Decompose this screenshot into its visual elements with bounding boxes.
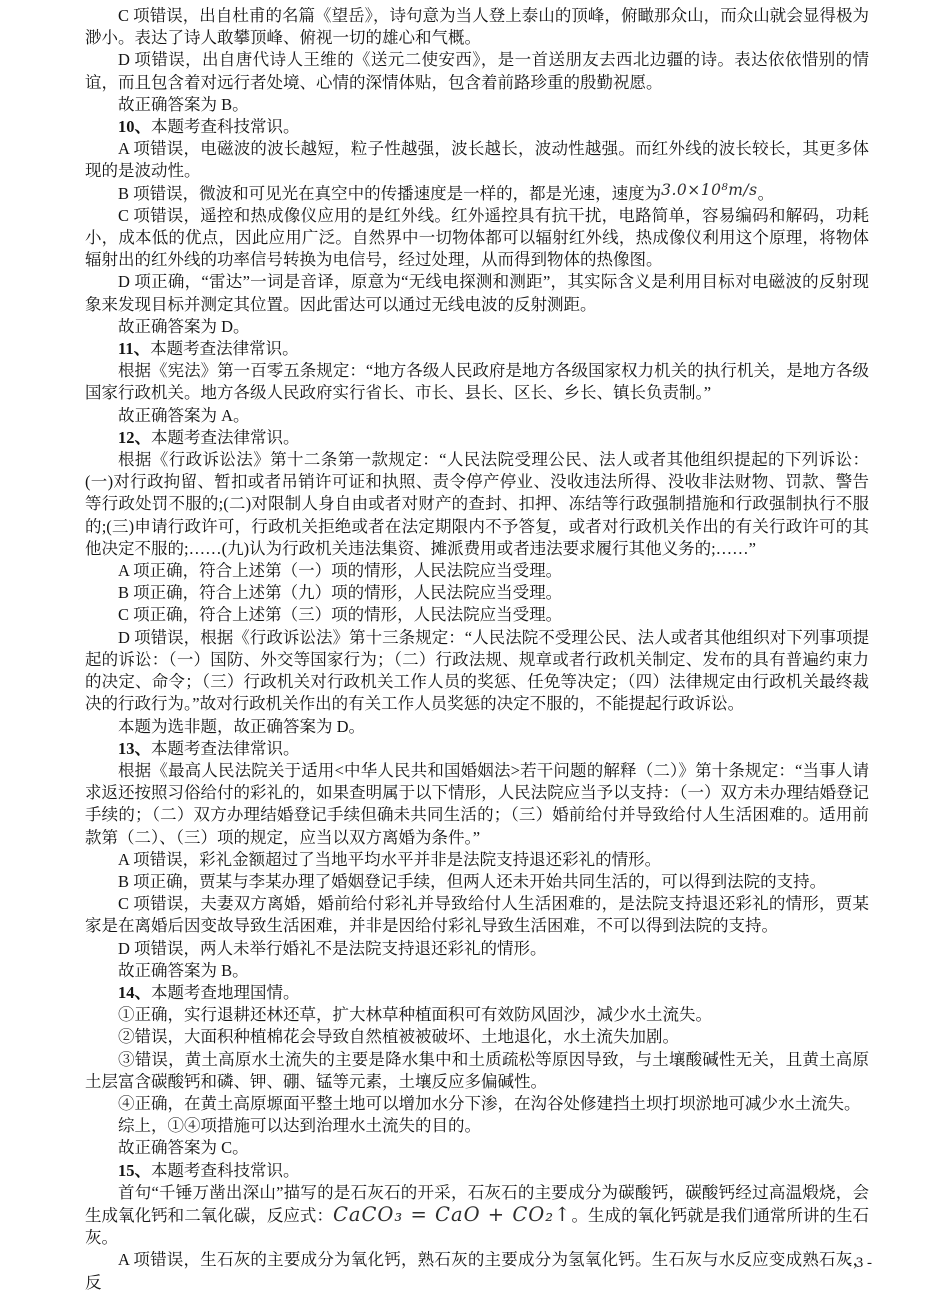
paragraph: C 项错误，出自杜甫的名篇《望岳》，诗句意为当人登上泰山的顶峰，俯瞰那众山，而众… xyxy=(85,5,869,49)
text-run: B 项错误，微波和可见光在真空中的传播速度是一样的，都是光速，速度为 xyxy=(118,184,661,203)
text-run: C 项正确，符合上述第（三）项的情形，人民法院应当受理。 xyxy=(118,605,562,624)
paragraph: A 项错误，彩礼金额超过了当地平均水平并非是法院支持退还彩礼的情形。 xyxy=(85,849,869,871)
text-run: ①正确，实行退耕还林还草，扩大林草种植面积可有效防风固沙，减少水土流失。 xyxy=(118,1005,712,1024)
text-run: B 项正确，符合上述第（九）项的情形，人民法院应当受理。 xyxy=(118,583,562,602)
question-number: 11、 xyxy=(118,339,150,358)
text-run: 本题考查法律常识。 xyxy=(150,339,299,358)
paragraph: 故正确答案为 B。 xyxy=(85,960,869,982)
paragraph: ④正确，在黄土高原塬面平整土地可以增加水分下渗，在沟谷处修建挡土坝打坝淤地可减少… xyxy=(85,1093,869,1115)
paragraph: ③错误，黄土高原水土流失的主要是降水集中和土质疏松等原因导致，与土壤酸碱性无关，… xyxy=(85,1049,869,1093)
paragraph: D 项正确，“雷达”一词是音译，原意为“无线电探测和测距”，其实际含义是利用目标… xyxy=(85,271,869,315)
paragraph: 本题为选非题，故正确答案为 D。 xyxy=(85,716,869,738)
paragraph: B 项错误，微波和可见光在真空中的传播速度是一样的，都是光速，速度为3.0×10… xyxy=(85,183,869,205)
question-number: 13、 xyxy=(118,739,151,758)
paragraph: 根据《行政诉讼法》第十二条第一款规定：“人民法院受理公民、法人或者其他组织提起的… xyxy=(85,449,869,560)
paragraph: 根据《宪法》第一百零五条规定：“地方各级人民政府是地方各级国家权力机关的执行机关… xyxy=(85,360,869,404)
text-run: D 项正确，“雷达”一词是音译，原意为“无线电探测和测距”，其实际含义是利用目标… xyxy=(85,272,869,313)
paragraph: 故正确答案为 C。 xyxy=(85,1137,869,1159)
text-run: C 项错误，出自杜甫的名篇《望岳》，诗句意为当人登上泰山的顶峰，俯瞰那众山，而众… xyxy=(85,6,869,47)
paragraph: 12、本题考查法律常识。 xyxy=(85,427,869,449)
text-run: A 项正确，符合上述第（一）项的情形，人民法院应当受理。 xyxy=(118,561,562,580)
text-run: C 项错误，遥控和热成像仪应用的是红外线。红外遥控具有抗干扰，电路简单，容易编码… xyxy=(85,206,869,269)
question-number: 14、 xyxy=(118,983,151,1002)
inline-formula: 3.0×10⁸m/s xyxy=(661,181,757,199)
text-run: 根据《行政诉讼法》第十二条第一款规定：“人民法院受理公民、法人或者其他组织提起的… xyxy=(85,450,869,558)
paragraph: C 项错误，遥控和热成像仪应用的是红外线。红外遥控具有抗干扰，电路简单，容易编码… xyxy=(85,205,869,272)
text-run: 本题考查法律常识。 xyxy=(151,739,300,758)
paragraph: B 项正确，贾某与李某办理了婚姻登记手续，但两人还未开始共同生活的，可以得到法院… xyxy=(85,871,869,893)
text-run: 本题考查科技常识。 xyxy=(151,117,300,136)
text-run: D 项错误，两人未举行婚礼不是法院支持退还彩礼的情形。 xyxy=(118,939,547,958)
text-run: 故正确答案为 A。 xyxy=(118,406,250,425)
document-body: C 项错误，出自杜甫的名篇《望岳》，诗句意为当人登上泰山的顶峰，俯瞰那众山，而众… xyxy=(85,5,869,1294)
text-run: D 项错误，出自唐代诗人王维的《送元二使安西》，是一首送朋友去西北边疆的诗。表达… xyxy=(85,50,869,91)
paragraph: ②错误，大面积种植棉花会导致自然植被被破坏、土地退化，水土流失加剧。 xyxy=(85,1026,869,1048)
paragraph: A 项错误，生石灰的主要成分为氧化钙，熟石灰的主要成分为氢氧化钙。生石灰与水反应… xyxy=(85,1249,869,1293)
text-run: A 项错误，电磁波的波长越短，粒子性越强，波长越长，波动性越强。而红外线的波长较… xyxy=(85,139,869,180)
paragraph: 首句“千锤万凿出深山”描写的是石灰石的开采，石灰石的主要成分为碳酸钙，碳酸钙经过… xyxy=(85,1182,869,1250)
paragraph: A 项错误，电磁波的波长越短，粒子性越强，波长越长，波动性越强。而红外线的波长较… xyxy=(85,138,869,182)
document-page: C 项错误，出自杜甫的名篇《望岳》，诗句意为当人登上泰山的顶峰，俯瞰那众山，而众… xyxy=(0,0,950,1299)
text-run: D 项错误，根据《行政诉讼法》第十三条规定：“人民法院不受理公民、法人或者其他组… xyxy=(85,628,869,714)
text-run: ④正确，在黄土高原塬面平整土地可以增加水分下渗，在沟谷处修建挡土坝打坝淤地可减少… xyxy=(118,1094,861,1113)
paragraph: 综上，①④项措施可以达到治理水土流失的目的。 xyxy=(85,1115,869,1137)
paragraph: 15、本题考查科技常识。 xyxy=(85,1160,869,1182)
paragraph: 14、本题考查地理国情。 xyxy=(85,982,869,1004)
text-run: 故正确答案为 B。 xyxy=(118,961,249,980)
text-run: 本题考查科技常识。 xyxy=(151,1161,300,1180)
paragraph: 故正确答案为 A。 xyxy=(85,405,869,427)
paragraph: D 项错误，根据《行政诉讼法》第十三条规定：“人民法院不受理公民、法人或者其他组… xyxy=(85,627,869,716)
paragraph: ①正确，实行退耕还林还草，扩大林草种植面积可有效防风固沙，减少水土流失。 xyxy=(85,1004,869,1026)
text-run: A 项错误，彩礼金额超过了当地平均水平并非是法院支持退还彩礼的情形。 xyxy=(118,850,661,869)
paragraph: C 项正确，符合上述第（三）项的情形，人民法院应当受理。 xyxy=(85,604,869,626)
paragraph: 故正确答案为 B。 xyxy=(85,94,869,116)
text-run: B 项正确，贾某与李某办理了婚姻登记手续，但两人还未开始共同生活的，可以得到法院… xyxy=(118,872,826,891)
text-run: ③错误，黄土高原水土流失的主要是降水集中和土质疏松等原因导致，与土壤酸碱性无关，… xyxy=(85,1050,869,1091)
inline-formula: CaCO₃ = CaO + CO₂↑ xyxy=(333,1203,571,1226)
paragraph: 10、本题考查科技常识。 xyxy=(85,116,869,138)
text-run: A 项错误，生石灰的主要成分为氧化钙，熟石灰的主要成分为氢氧化钙。生石灰与水反应… xyxy=(85,1250,869,1291)
text-run: 故正确答案为 D。 xyxy=(118,317,250,336)
text-run: 本题为选非题，故正确答案为 D。 xyxy=(118,717,365,736)
paragraph: D 项错误，两人未举行婚礼不是法院支持退还彩礼的情形。 xyxy=(85,938,869,960)
paragraph: B 项正确，符合上述第（九）项的情形，人民法院应当受理。 xyxy=(85,582,869,604)
paragraph: C 项错误，夫妻双方离婚，婚前给付彩礼并导致给付人生活困难的，是法院支持退还彩礼… xyxy=(85,893,869,937)
question-number: 12、 xyxy=(118,428,151,447)
paragraph: 13、本题考查法律常识。 xyxy=(85,738,869,760)
question-number: 15、 xyxy=(118,1161,151,1180)
text-run: 故正确答案为 C。 xyxy=(118,1138,249,1157)
page-number: - 3 - xyxy=(847,1254,872,1272)
text-run: 故正确答案为 B。 xyxy=(118,95,249,114)
text-run: 根据《宪法》第一百零五条规定：“地方各级人民政府是地方各级国家权力机关的执行机关… xyxy=(85,361,869,402)
paragraph: 故正确答案为 D。 xyxy=(85,316,869,338)
text-run: 。 xyxy=(758,184,775,203)
text-run: 本题考查地理国情。 xyxy=(151,983,300,1002)
paragraph: A 项正确，符合上述第（一）项的情形，人民法院应当受理。 xyxy=(85,560,869,582)
text-run: C 项错误，夫妻双方离婚，婚前给付彩礼并导致给付人生活困难的，是法院支持退还彩礼… xyxy=(85,894,869,935)
text-run: 综上，①④项措施可以达到治理水土流失的目的。 xyxy=(118,1116,481,1135)
text-run: 本题考查法律常识。 xyxy=(151,428,300,447)
text-run: 根据《最高人民法院关于适用<中华人民共和国婚姻法>若干问题的解释（二）》第十条规… xyxy=(85,761,869,847)
paragraph: 根据《最高人民法院关于适用<中华人民共和国婚姻法>若干问题的解释（二）》第十条规… xyxy=(85,760,869,849)
question-number: 10、 xyxy=(118,117,151,136)
paragraph: 11、本题考查法律常识。 xyxy=(85,338,869,360)
paragraph: D 项错误，出自唐代诗人王维的《送元二使安西》，是一首送朋友去西北边疆的诗。表达… xyxy=(85,49,869,93)
text-run: ②错误，大面积种植棉花会导致自然植被被破坏、土地退化，水土流失加剧。 xyxy=(118,1027,679,1046)
